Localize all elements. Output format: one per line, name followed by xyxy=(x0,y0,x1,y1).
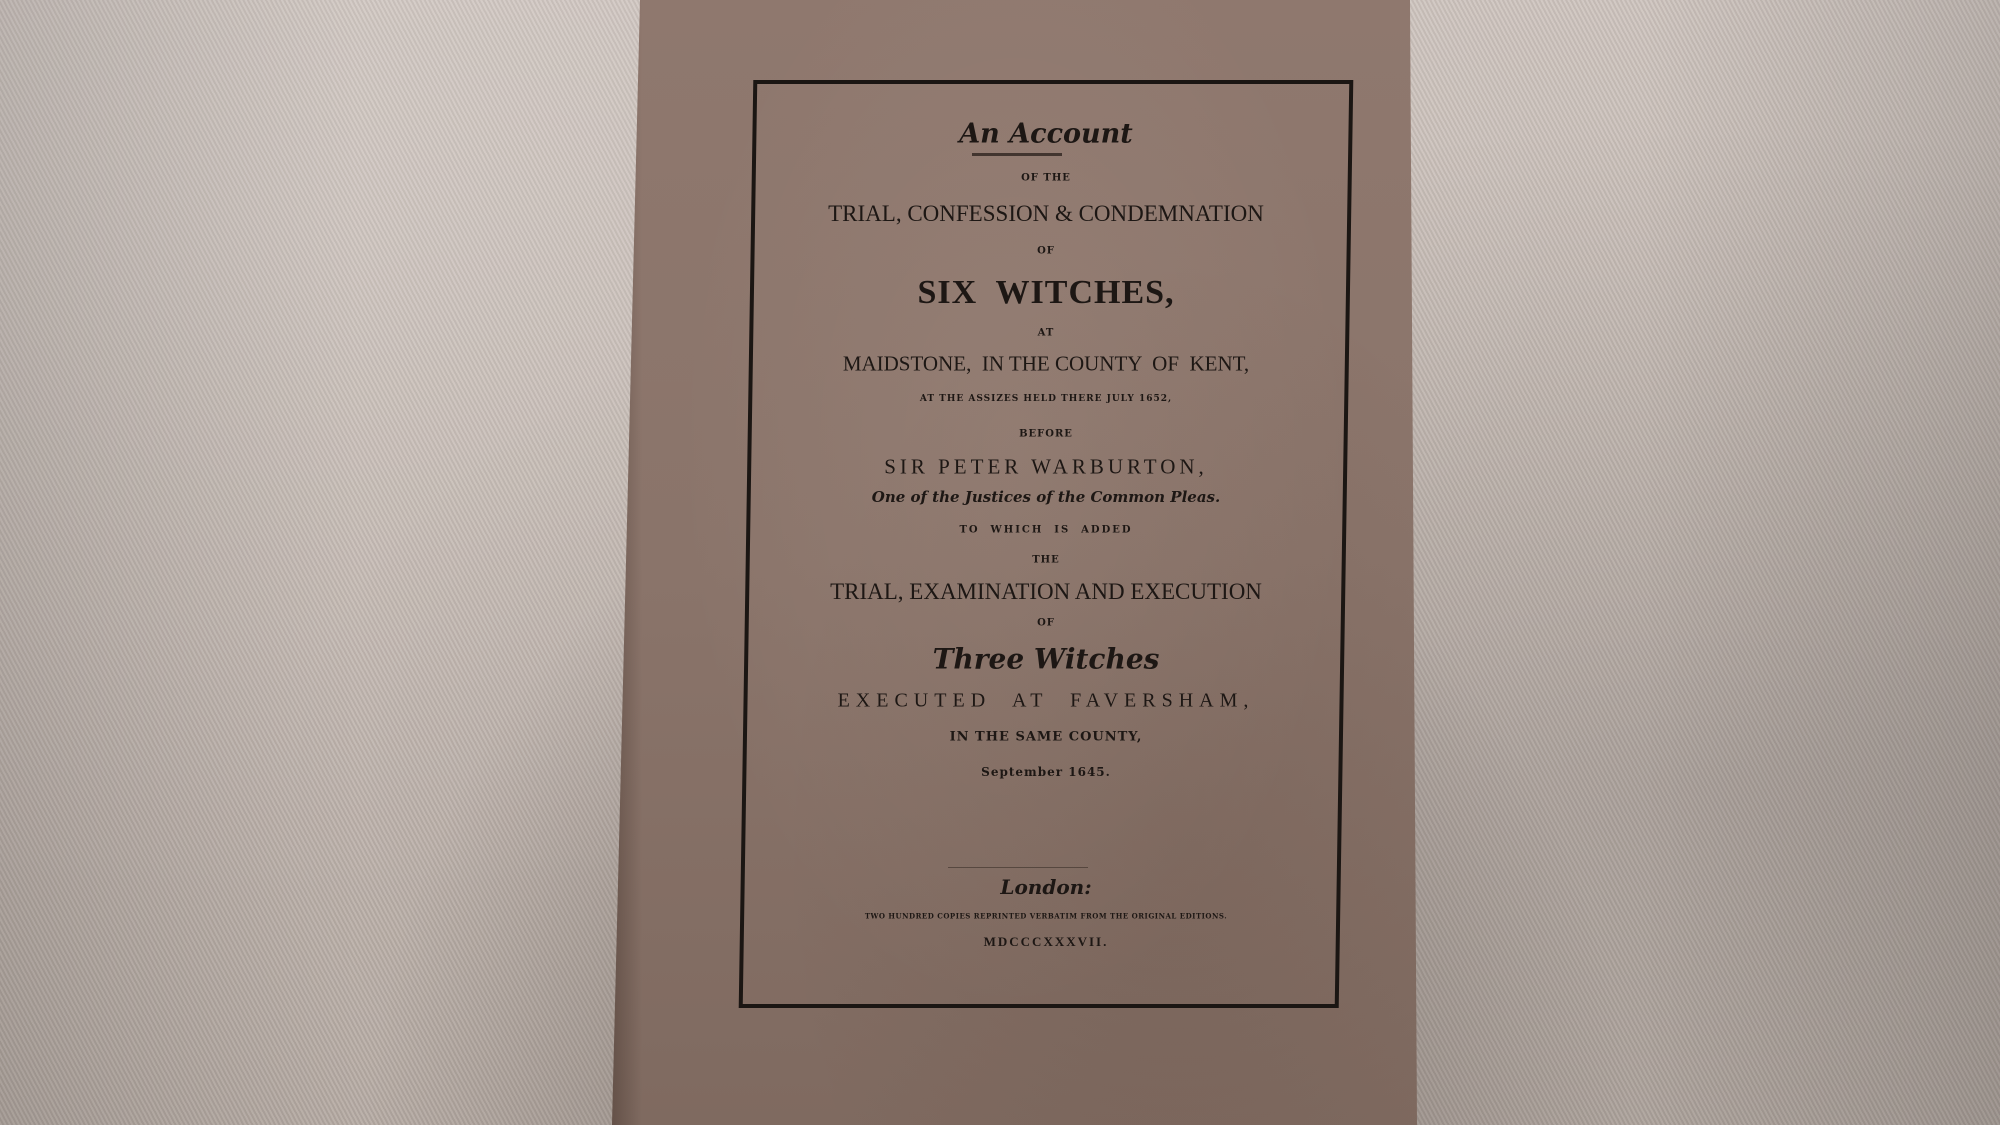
imprint-rule xyxy=(948,867,1088,868)
imprint-year: MDCCCXXXVII. xyxy=(746,934,1346,950)
pamphlet-page: An Account OF THE TRIAL, CONFESSION & CO… xyxy=(612,0,1417,1125)
before-label: BEFORE xyxy=(746,429,1346,440)
the-label: THE xyxy=(746,555,1346,566)
heading-underline xyxy=(972,153,1062,156)
imprint-note: TWO HUNDRED COPIES REPRINTED VERBATIM FR… xyxy=(746,912,1346,921)
imprint-city-london: London: xyxy=(746,875,1346,899)
page-spine-shadow xyxy=(612,0,642,1125)
date-september-1645: September 1645. xyxy=(746,765,1346,779)
assizes-date: AT THE ASSIZES HELD THERE JULY 1652, xyxy=(746,394,1346,404)
heading-an-account: An Account xyxy=(746,119,1346,150)
of-the-label: OF THE xyxy=(746,173,1346,184)
judge-title: One of the Justices of the Common Pleas. xyxy=(746,488,1346,506)
judge-name: SIR PETER WARBURTON, xyxy=(746,455,1346,480)
second-title-three-witches: Three Witches xyxy=(746,643,1346,676)
subtitle-trial-examination: TRIAL, EXAMINATION AND EXECUTION xyxy=(746,579,1346,605)
of-label-1: OF xyxy=(746,246,1346,257)
main-title-six-witches: SIX WITCHES, xyxy=(746,274,1346,312)
subtitle-trial-confession: TRIAL, CONFESSION & CONDEMNATION xyxy=(746,201,1346,227)
at-label: AT xyxy=(746,328,1346,339)
place-maidstone: MAIDSTONE, IN THE COUNTY OF KENT, xyxy=(746,352,1346,377)
executed-at-faversham: EXECUTED AT FAVERSHAM, xyxy=(746,690,1346,713)
to-which-is-added: TO WHICH IS ADDED xyxy=(746,525,1346,536)
of-label-2: OF xyxy=(746,618,1346,629)
same-county: IN THE SAME COUNTY, xyxy=(746,730,1346,745)
